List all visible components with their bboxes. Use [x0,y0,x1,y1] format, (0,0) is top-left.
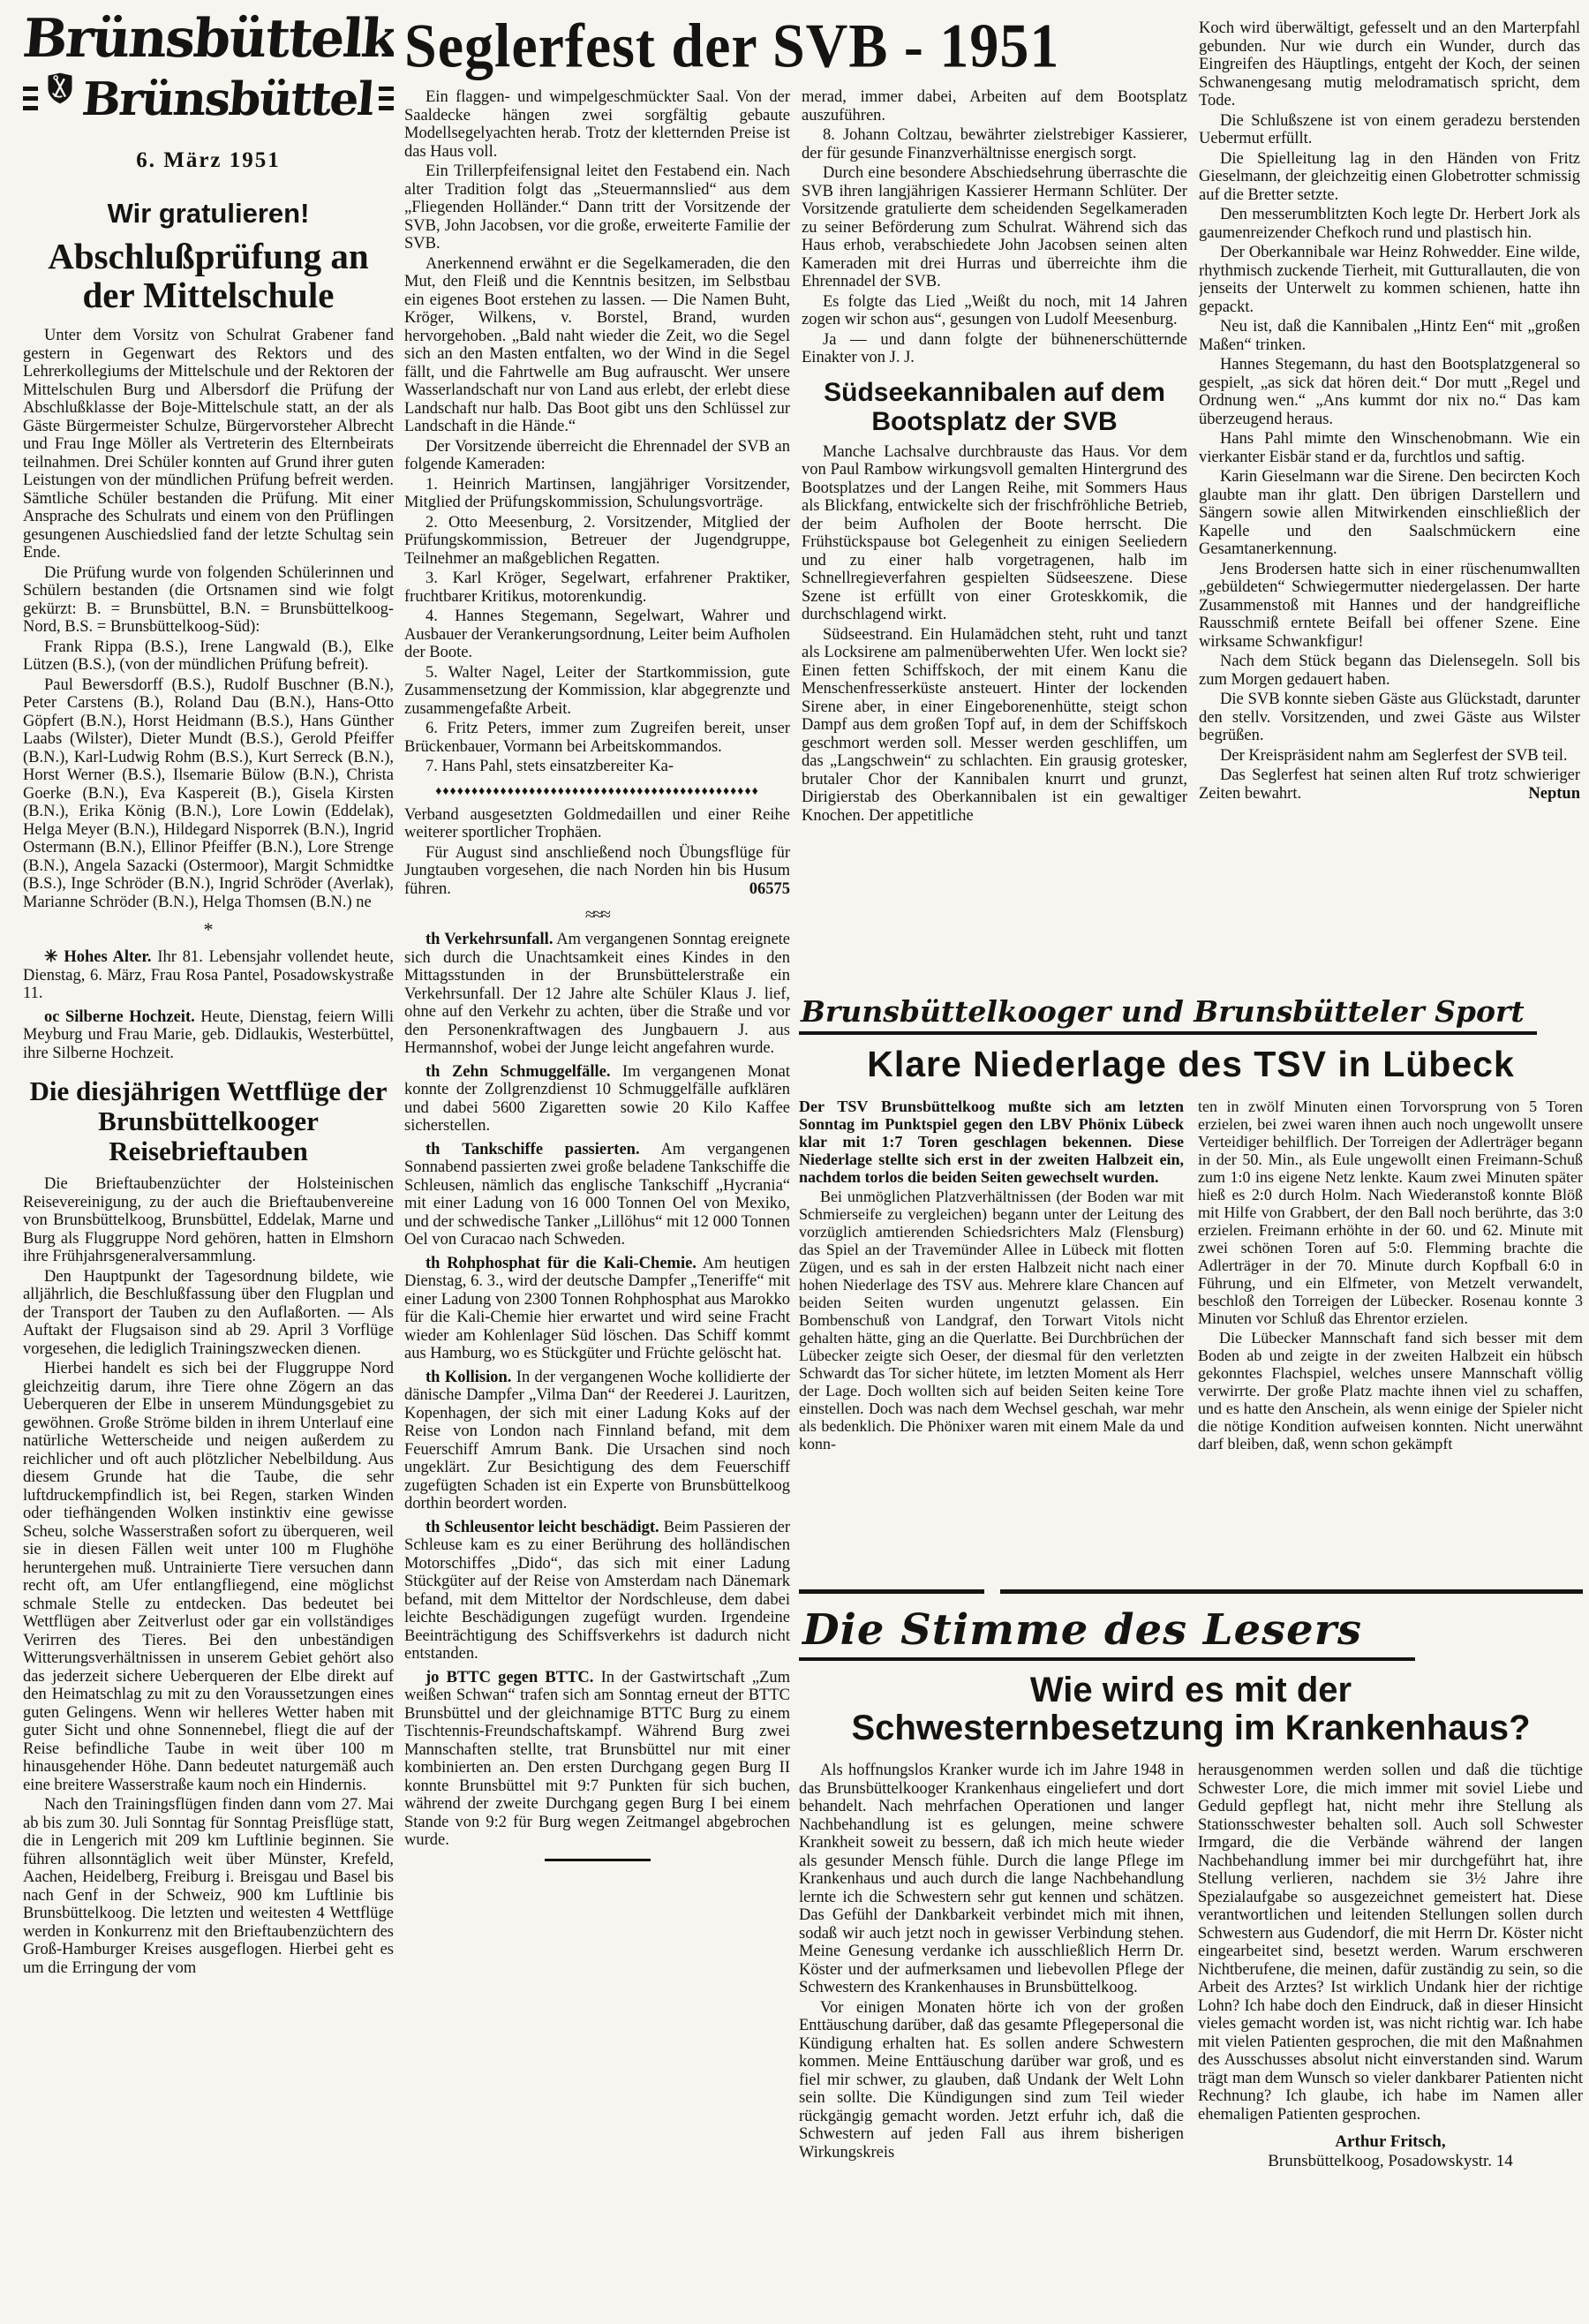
paragraph: Bei unmöglichen Platzverhältnissen (der … [799,1188,1184,1452]
news-item-verkehrsunfall: th Verkehrsunfall. Am vergangenen Sonnta… [404,931,790,1058]
newspaper-page: Brünsbüttelkoog Brünsbüttel 6. März 1951… [0,0,1589,2324]
news-item-schmuggelfaelle: th Zehn Schmuggelfälle. Im vergangenen M… [404,1063,790,1136]
notice-silberne-hochzeit: oc Silberne Hochzeit. Heute, Dienstag, f… [23,1008,394,1063]
sport-intro: Der TSV Brunsbüttelkoog mußte sich am le… [799,1098,1184,1186]
seglerfest-col4: Koch wird überwältigt, gefesselt und an … [1199,19,1580,765]
news-prefix: th [425,1519,440,1536]
paragraph: Ja — und dann folgte der bühnenerschütte… [802,331,1187,367]
paragraph: 5. Walter Nagel, Leiter der Startkommiss… [404,664,790,719]
paragraph: Der Kreispräsident nahm am Seglerfest de… [1199,747,1580,766]
news-item-tankschiffe: th Tankschiffe passierten. Am vergangene… [404,1141,790,1249]
news-prefix: th [425,1255,440,1272]
news-item-schleusentor: th Schleusentor leicht beschädigt. Beim … [404,1519,790,1664]
speedlines-right-icon [379,87,394,113]
sport-section: Brunsbüttelkooger und Brunsbütteler Spor… [799,996,1583,1586]
news-title: Schleusentor leicht beschädigt. [444,1519,659,1536]
paragraph: 4. Hannes Stegemann, Segelwart, Wahrer u… [404,607,790,662]
news-text: Beim Passieren der Schleuse kam es zu ei… [404,1519,790,1664]
paragraph: Hans Pahl mimte den Winschenobmann. Wie … [1199,430,1580,466]
seglerfest-col3: merad, immer dabei, Arbeiten auf dem Boo… [802,88,1187,367]
masthead-title-line1: Brünsbüttelkoog [23,12,394,65]
news-item-kollision: th Kollision. In der vergangenen Woche k… [404,1369,790,1513]
news-item-rohphosphat: th Rohphosphat für die Kali-Chemie. Am h… [404,1255,790,1363]
kicker-wir-gratulieren: Wir gratulieren! [23,198,394,230]
sun-icon: ✳ [44,948,58,966]
sport-left-body: Bei unmöglichen Platzverhältnissen (der … [799,1188,1184,1452]
paragraph: Paul Bewersdorff (B.S.), Rudolf Buschner… [23,676,394,912]
paragraph: Die Spielleitung lag in den Händen von F… [1199,150,1580,205]
paragraph: 8. Johann Coltzau, bewährter zielstrebig… [802,126,1187,162]
notice-hohes-alter: ✳ Hohes Alter. Ihr 81. Lebensjahr vollen… [23,948,394,1003]
letters-right-column: herausgenommen werden sollen und daß die… [1198,1762,1583,2171]
masthead-title-line2: Brünsbüttel [80,76,375,124]
subhead-suedseekannibalen: Südseekannibalen auf dem Bootsplatz der … [802,378,1187,436]
sport-left-column: Der TSV Brunsbüttelkoog mußte sich am le… [799,1098,1184,1454]
paragraph: 3. Karl Kröger, Segelwart, erfahrener Pr… [404,570,790,606]
paragraph: Frank Rippa (B.S.), Irene Langwald (B.),… [23,638,394,675]
paragraph: Hannes Stegemann, du hast den Bootsplatz… [1199,356,1580,428]
paragraph: 6. Fritz Peters, immer zum Zugreifen ber… [404,720,790,756]
sport-headline: Klare Niederlage des TSV in Lübeck [799,1044,1583,1085]
column-4: Koch wird überwältigt, gefesselt und an … [1199,19,1580,986]
section-rule [799,1589,1583,1594]
column-3: merad, immer dabei, Arbeiten auf dem Boo… [802,88,1187,1002]
paragraph: Manche Lachsalve durchbrauste das Haus. … [802,443,1187,624]
paragraph: Anerkennend erwähnt er die Segelkamerade… [404,255,790,436]
letters-headline-line1: Wie wird es mit der [799,1671,1583,1709]
paragraph: Jens Brodersen hatte sich in einer rüsch… [1199,561,1580,652]
issue-date: 6. März 1951 [23,148,394,173]
paragraph: Der Oberkannibale war Heinz Rohwedder. E… [1199,244,1580,316]
speedlines-left-icon [23,87,38,113]
seglerfest-col3b: Manche Lachsalve durchbrauste das Haus. … [802,443,1187,826]
paragraph: Den messerumblitzten Koch legte Dr. Herb… [1199,206,1580,242]
paragraph: Nach dem Stück begann das Dielensegeln. … [1199,653,1580,689]
letters-right-body: herausgenommen werden sollen und daß die… [1198,1762,1583,2124]
paragraph: merad, immer dabei, Arbeiten auf dem Boo… [802,88,1187,124]
paragraph: Ein flaggen- und wimpelgeschmückter Saal… [404,88,790,161]
diamond-divider: ♦♦♦♦♦♦♦♦♦♦♦♦♦♦♦♦♦♦♦♦♦♦♦♦♦♦♦♦♦♦♦♦♦♦♦♦♦♦♦♦… [404,785,790,799]
masthead-row: Brünsbüttel [23,71,394,129]
letters-section: Die Stimme des Lesers Wie wird es mit de… [799,1589,1583,2324]
seglerfest-col2: Ein flaggen- und wimpelgeschmückter Saal… [404,88,790,776]
signature-address: Brunsbüttelkoog, Posadowskystr. 14 [1198,2152,1583,2171]
letters-headline-line2: Schwesternbesetzung im Krankenhaus? [799,1709,1583,1747]
masthead: Brünsbüttelkoog Brünsbüttel 6. März 1951 [23,12,394,173]
news-text: Am vergangenen Sonntag ereignete sich du… [404,931,790,1057]
news-title: Rohphosphat für die Kali-Chemie. [447,1255,697,1272]
news-title: Kollision. [445,1369,512,1386]
paragraph: Die Lübecker Mannschaft fand sich besser… [1198,1329,1583,1452]
article-title-wettfluege: Die diesjährigen Wettflüge der Brunsbütt… [23,1076,394,1166]
column-1: Brünsbüttelkoog Brünsbüttel 6. März 1951… [23,0,394,2324]
signature-name: Arthur Fritsch, [1198,2132,1583,2152]
letters-left-column: Als hoffnungslos Kranker wurde ich im Ja… [799,1762,1184,2171]
paragraph: Hierbei handelt es sich bei der Fluggrup… [23,1360,394,1794]
notice-title: Silberne Hochzeit. [65,1008,195,1026]
sport-right-column: ten in zwölf Minuten einen Torvorsprung … [1198,1098,1583,1454]
news-prefix: th [425,1141,440,1158]
news-title: Zehn Schmuggelfälle. [452,1063,611,1081]
notice-code: 06575 [728,880,790,899]
end-rule [545,1859,651,1861]
paragraph: Durch eine besondere Abschiedsehrung übe… [802,164,1187,291]
paragraph: Den Hauptpunkt der Tagesordnung bildete,… [23,1268,394,1359]
paragraph: Ein Trillerpfeifensignal leitet den Fest… [404,162,790,253]
seglerfest-closing: Das Seglerfest hat seinen alten Ruf trot… [1199,766,1580,803]
news-prefix: th [425,931,440,948]
article-title-abschlusspruefung: Abschlußprüfung an der Mittelschule [23,237,394,314]
news-text: In der Gastwirtschaft „Zum weißen Schwan… [404,1669,790,1850]
article-abschlusspruefung-body: Unter dem Vorsitz von Schulrat Grabener … [23,327,394,911]
article-wettfluege-body: Die Brieftaubenzüchter der Holsteinische… [23,1175,394,1977]
letters-headline: Wie wird es mit der Schwesternbesetzung … [799,1671,1583,1747]
paragraph: Die Brieftaubenzüchter der Holsteinische… [23,1175,394,1266]
wave-divider: ≈≈≈ [404,905,790,925]
news-text: In der vergangenen Woche kollidierte der… [404,1369,790,1513]
paragraph: Karin Gieselmann war die Sirene. Den bec… [1199,468,1580,559]
star-divider: * [23,918,394,941]
news-prefix: th [425,1369,440,1386]
paragraph: Koch wird überwältigt, gefesselt und an … [1199,19,1580,110]
column-2: Ein flaggen- und wimpelgeschmückter Saal… [404,88,790,2324]
news-prefix: th [425,1063,440,1081]
news-title: Tankschiffe passierten. [462,1141,639,1158]
paragraph: Die Prüfung wurde von folgenden Schüleri… [23,564,394,637]
main-headline-wrap: Seglerfest der SVB - 1951 [404,11,1199,88]
paragraph: Südseestrand. Ein Hulamädchen steht, ruh… [802,626,1187,826]
news-prefix: jo [425,1669,439,1686]
brieftauben-continuation-2: Für August sind anschließend noch Übungs… [404,844,790,899]
paragraph: 7. Hans Pahl, stets einsatzbereiter Ka- [404,758,790,776]
letters-banner: Die Stimme des Lesers [799,1608,1415,1661]
paragraph: Die Schlußszene ist von einem geradezu b… [1199,112,1580,148]
brieftauben-continuation-1: Verband ausgesetzten Goldmedaillen und e… [404,806,790,842]
news-item-bttc: jo BTTC gegen BTTC. In der Gastwirtschaf… [404,1669,790,1850]
main-headline: Seglerfest der SVB - 1951 [404,11,1199,83]
notice-title: Hohes Alter. [64,948,151,966]
paragraph: 1. Heinrich Martinsen, langjähriger Vors… [404,476,790,512]
news-title: Verkehrsunfall. [444,931,553,948]
sport-banner: Brunsbüttelkooger und Brunsbütteler Spor… [799,996,1537,1035]
paragraph: Neu ist, daß die Kannibalen „Hintz Een“ … [1199,318,1580,354]
paragraph: Der TSV Brunsbüttelkoog mußte sich am le… [799,1098,1184,1186]
notice-prefix: oc [44,1008,59,1026]
paragraph: Vor einigen Monaten hörte ich von der gr… [799,1999,1184,2162]
paragraph: 2. Otto Meesenburg, 2. Vorsitzender, Mit… [404,514,790,569]
paragraph: Es folgte das Lied „Weißt du noch, mit 1… [802,293,1187,329]
paragraph: Als hoffnungslos Kranker wurde ich im Ja… [799,1762,1184,1997]
paragraph: Die SVB konnte sieben Gäste aus Glücksta… [1199,690,1580,745]
byline-neptun: Neptun [1507,785,1580,804]
paragraph: Unter dem Vorsitz von Schulrat Grabener … [23,327,394,562]
paragraph: Nach den Trainingsflügen finden dann vom… [23,1796,394,1977]
paragraph: Der Vorsitzende überreicht die Ehrennade… [404,438,790,474]
news-title: BTTC gegen BTTC. [447,1669,594,1686]
paragraph: herausgenommen werden sollen und daß die… [1198,1762,1583,2124]
paragraph: ten in zwölf Minuten einen Torvorsprung … [1198,1098,1583,1327]
